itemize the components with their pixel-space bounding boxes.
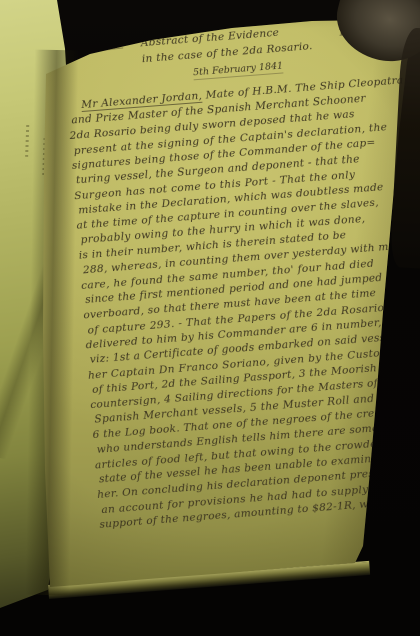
deposition-body: and Prize Master of the Spanish Merchant… — [68, 87, 420, 532]
date-line: 5th February 1841 — [193, 60, 284, 80]
manuscript-page: 149 Enclosure No. 2 in 17 Enclosure No. … — [0, 0, 420, 636]
handwriting-block: Enclosure No. 2 in 17 Enclosure No. 13 A… — [61, 0, 420, 558]
edge-note: Enclosure No. 2 in 17 — [135, 14, 232, 31]
manuscript-photo: 149 Enclosure No. 2 in 17 Enclosure No. … — [0, 0, 420, 636]
